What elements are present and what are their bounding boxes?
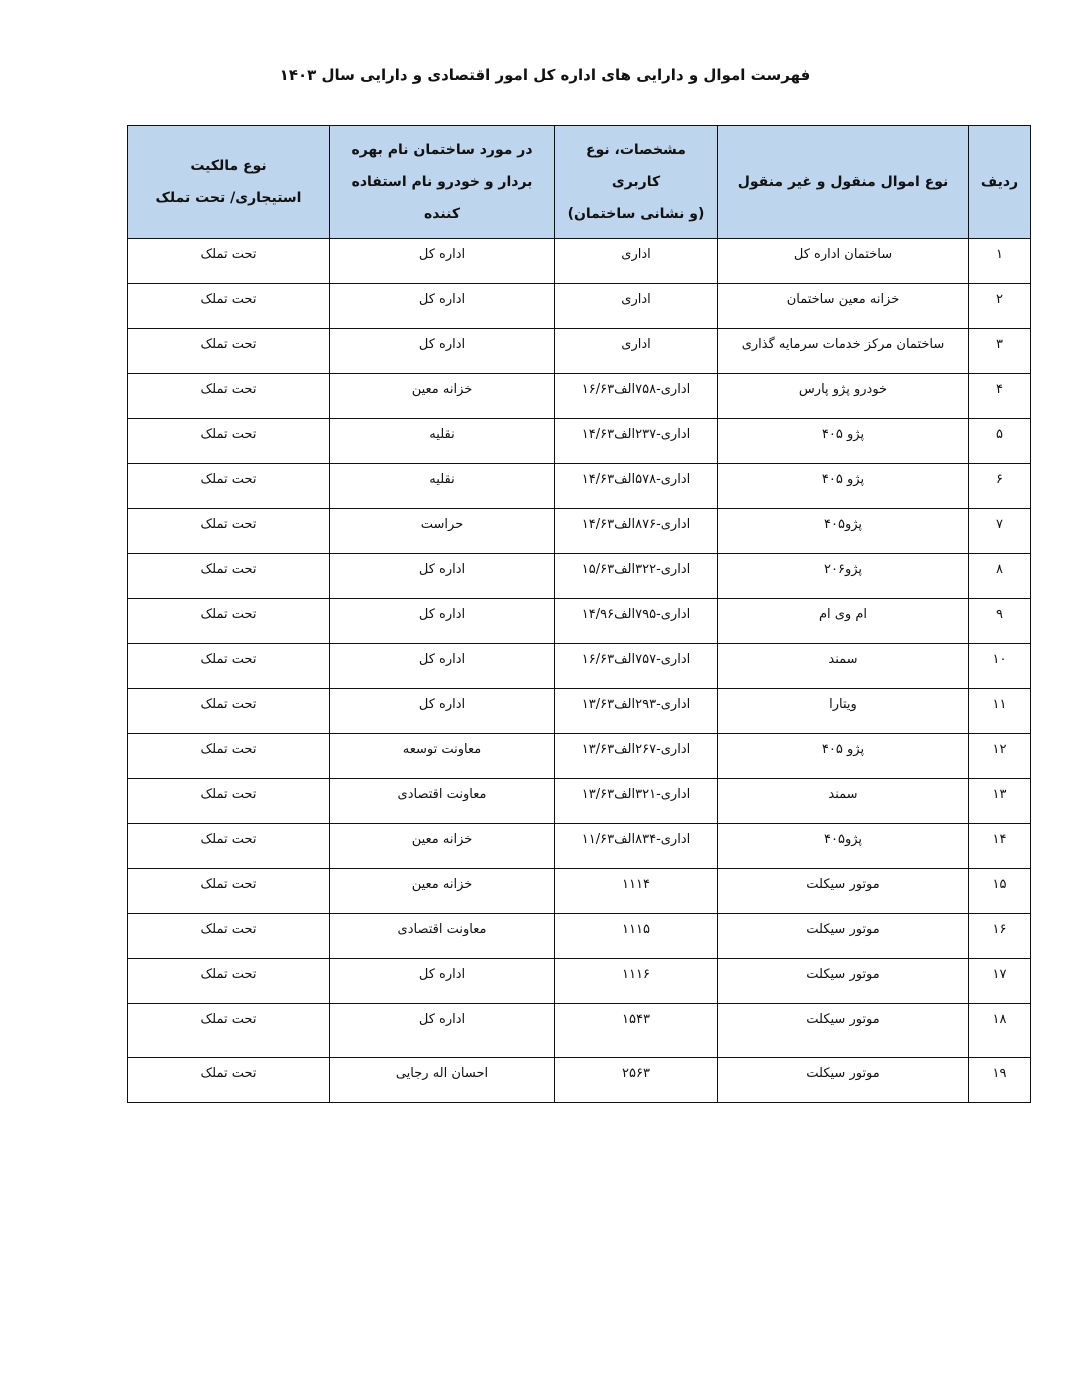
table-row: ۴خودرو پژو پارساداری-۷۵۸الف۱۶/۶۳خزانه مع… bbox=[128, 374, 1031, 419]
cell-index: ۱۸ bbox=[969, 1004, 1031, 1058]
cell-spec: ۱۱۱۴ bbox=[555, 869, 718, 914]
cell-ownership: تحت تملک bbox=[128, 374, 330, 419]
cell-index: ۳ bbox=[969, 329, 1031, 374]
header-spec: مشخصات، نوع کاربری (و نشانی ساختمان) bbox=[555, 126, 718, 239]
cell-ownership: تحت تملک bbox=[128, 284, 330, 329]
cell-user: معاونت اقتصادی bbox=[330, 779, 555, 824]
table-row: ۶پژو ۴۰۵اداری-۵۷۸الف۱۴/۶۳نقلیهتحت تملک bbox=[128, 464, 1031, 509]
table-row: ۷پژو۴۰۵اداری-۸۷۶الف۱۴/۶۳حراستتحت تملک bbox=[128, 509, 1031, 554]
cell-asset-type: پژو ۴۰۵ bbox=[718, 464, 969, 509]
table-row: ۹ام وی اماداری-۷۹۵الف۱۴/۹۶اداره کلتحت تم… bbox=[128, 599, 1031, 644]
cell-user: خزانه معین bbox=[330, 824, 555, 869]
cell-user: معاونت توسعه bbox=[330, 734, 555, 779]
cell-asset-type: موتور سیکلت bbox=[718, 959, 969, 1004]
header-spec-line: مشخصات، نوع bbox=[555, 134, 717, 166]
table-row: ۸پژو۲۰۶اداری-۳۲۲الف۱۵/۶۳اداره کلتحت تملک bbox=[128, 554, 1031, 599]
cell-spec: ۱۱۱۵ bbox=[555, 914, 718, 959]
cell-index: ۱۵ bbox=[969, 869, 1031, 914]
cell-asset-type: ویتارا bbox=[718, 689, 969, 734]
header-ownership: نوع مالکیت استیجاری/ تحت تملک bbox=[128, 126, 330, 239]
cell-ownership: تحت تملک bbox=[128, 1058, 330, 1103]
header-user: در مورد ساختمان نام بهره بردار و خودرو ن… bbox=[330, 126, 555, 239]
cell-asset-type: موتور سیکلت bbox=[718, 869, 969, 914]
cell-asset-type: ام وی ام bbox=[718, 599, 969, 644]
cell-ownership: تحت تملک bbox=[128, 509, 330, 554]
table-row: ۵پژو ۴۰۵اداری-۲۳۷الف۱۴/۶۳نقلیهتحت تملک bbox=[128, 419, 1031, 464]
cell-spec: اداری-۷۵۷الف۱۶/۶۳ bbox=[555, 644, 718, 689]
cell-ownership: تحت تملک bbox=[128, 419, 330, 464]
table-row: ۱۷موتور سیکلت۱۱۱۶اداره کلتحت تملک bbox=[128, 959, 1031, 1004]
cell-user: اداره کل bbox=[330, 689, 555, 734]
cell-index: ۵ bbox=[969, 419, 1031, 464]
table-row: ۱۲پژو ۴۰۵اداری-۲۶۷الف۱۳/۶۳معاونت توسعهتح… bbox=[128, 734, 1031, 779]
cell-index: ۱۰ bbox=[969, 644, 1031, 689]
cell-user: اداره کل bbox=[330, 554, 555, 599]
cell-user: خزانه معین bbox=[330, 869, 555, 914]
header-ownership-line: نوع مالکیت bbox=[128, 150, 329, 182]
cell-spec: اداری-۵۷۸الف۱۴/۶۳ bbox=[555, 464, 718, 509]
cell-index: ۱ bbox=[969, 239, 1031, 284]
cell-asset-type: پژو۲۰۶ bbox=[718, 554, 969, 599]
cell-ownership: تحت تملک bbox=[128, 914, 330, 959]
cell-spec: ۲۵۶۳ bbox=[555, 1058, 718, 1103]
cell-spec: اداری-۸۳۴الف۱۱/۶۳ bbox=[555, 824, 718, 869]
cell-ownership: تحت تملک bbox=[128, 734, 330, 779]
header-asset-type: نوع اموال منقول و غیر منقول bbox=[718, 126, 969, 239]
cell-user: احسان اله رجایی bbox=[330, 1058, 555, 1103]
cell-user: اداره کل bbox=[330, 959, 555, 1004]
table-row: ۲خزانه معین ساختماناداریاداره کلتحت تملک bbox=[128, 284, 1031, 329]
cell-ownership: تحت تملک bbox=[128, 779, 330, 824]
cell-spec: اداری-۲۶۷الف۱۳/۶۳ bbox=[555, 734, 718, 779]
cell-index: ۲ bbox=[969, 284, 1031, 329]
table-row: ۱ساختمان اداره کلاداریاداره کلتحت تملک bbox=[128, 239, 1031, 284]
cell-spec: اداری-۲۹۳الف۱۳/۶۳ bbox=[555, 689, 718, 734]
cell-ownership: تحت تملک bbox=[128, 464, 330, 509]
cell-index: ۶ bbox=[969, 464, 1031, 509]
header-user-line: کننده bbox=[330, 198, 554, 230]
header-asset-type-label: نوع اموال منقول و غیر منقول bbox=[738, 174, 949, 190]
cell-index: ۱۲ bbox=[969, 734, 1031, 779]
table-row: ۱۱ویتارااداری-۲۹۳الف۱۳/۶۳اداره کلتحت تمل… bbox=[128, 689, 1031, 734]
cell-user: خزانه معین bbox=[330, 374, 555, 419]
cell-spec: اداری-۷۹۵الف۱۴/۹۶ bbox=[555, 599, 718, 644]
cell-user: معاونت اقتصادی bbox=[330, 914, 555, 959]
cell-ownership: تحت تملک bbox=[128, 239, 330, 284]
cell-ownership: تحت تملک bbox=[128, 959, 330, 1004]
header-spec-line: کاربری bbox=[555, 166, 717, 198]
cell-asset-type: موتور سیکلت bbox=[718, 914, 969, 959]
cell-asset-type: پژو۴۰۵ bbox=[718, 509, 969, 554]
cell-user: اداره کل bbox=[330, 329, 555, 374]
cell-spec: اداری-۳۲۲الف۱۵/۶۳ bbox=[555, 554, 718, 599]
cell-index: ۱۱ bbox=[969, 689, 1031, 734]
cell-asset-type: پژو ۴۰۵ bbox=[718, 734, 969, 779]
header-index: ردیف bbox=[969, 126, 1031, 239]
header-ownership-line: استیجاری/ تحت تملک bbox=[128, 182, 329, 214]
cell-index: ۷ bbox=[969, 509, 1031, 554]
cell-ownership: تحت تملک bbox=[128, 1004, 330, 1058]
cell-index: ۱۳ bbox=[969, 779, 1031, 824]
cell-user: اداره کل bbox=[330, 239, 555, 284]
cell-asset-type: موتور سیکلت bbox=[718, 1004, 969, 1058]
cell-asset-type: خودرو پژو پارس bbox=[718, 374, 969, 419]
cell-user: نقلیه bbox=[330, 419, 555, 464]
cell-asset-type: ساختمان مرکز خدمات سرمایه گذاری bbox=[718, 329, 969, 374]
cell-asset-type: موتور سیکلت bbox=[718, 1058, 969, 1103]
cell-spec: اداری-۸۷۶الف۱۴/۶۳ bbox=[555, 509, 718, 554]
table-body: ۱ساختمان اداره کلاداریاداره کلتحت تملک۲خ… bbox=[128, 239, 1031, 1103]
cell-asset-type: ساختمان اداره کل bbox=[718, 239, 969, 284]
cell-spec: اداری bbox=[555, 239, 718, 284]
cell-index: ۸ bbox=[969, 554, 1031, 599]
cell-user: اداره کل bbox=[330, 1004, 555, 1058]
cell-index: ۱۷ bbox=[969, 959, 1031, 1004]
cell-spec: اداری-۳۲۱الف۱۳/۶۳ bbox=[555, 779, 718, 824]
cell-ownership: تحت تملک bbox=[128, 824, 330, 869]
cell-index: ۱۹ bbox=[969, 1058, 1031, 1103]
cell-asset-type: پژو۴۰۵ bbox=[718, 824, 969, 869]
cell-user: حراست bbox=[330, 509, 555, 554]
cell-ownership: تحت تملک bbox=[128, 554, 330, 599]
cell-ownership: تحت تملک bbox=[128, 599, 330, 644]
cell-asset-type: خزانه معین ساختمان bbox=[718, 284, 969, 329]
table-row: ۱۹موتور سیکلت۲۵۶۳احسان اله رجاییتحت تملک bbox=[128, 1058, 1031, 1103]
header-user-line: در مورد ساختمان نام بهره bbox=[330, 134, 554, 166]
cell-spec: ۱۱۱۶ bbox=[555, 959, 718, 1004]
cell-spec: ۱۵۴۳ bbox=[555, 1004, 718, 1058]
cell-index: ۱۴ bbox=[969, 824, 1031, 869]
cell-ownership: تحت تملک bbox=[128, 869, 330, 914]
cell-ownership: تحت تملک bbox=[128, 644, 330, 689]
table-row: ۱۶موتور سیکلت۱۱۱۵معاونت اقتصادیتحت تملک bbox=[128, 914, 1031, 959]
cell-user: اداره کل bbox=[330, 284, 555, 329]
assets-table: ردیف نوع اموال منقول و غیر منقول مشخصات،… bbox=[127, 125, 1031, 1103]
table-row: ۱۰سمنداداری-۷۵۷الف۱۶/۶۳اداره کلتحت تملک bbox=[128, 644, 1031, 689]
cell-asset-type: پژو ۴۰۵ bbox=[718, 419, 969, 464]
cell-index: ۹ bbox=[969, 599, 1031, 644]
cell-index: ۱۶ bbox=[969, 914, 1031, 959]
cell-ownership: تحت تملک bbox=[128, 689, 330, 734]
table-header-row: ردیف نوع اموال منقول و غیر منقول مشخصات،… bbox=[128, 126, 1031, 239]
header-user-line: بردار و خودرو نام استفاده bbox=[330, 166, 554, 198]
header-index-label: ردیف bbox=[981, 174, 1018, 190]
cell-spec: اداری bbox=[555, 329, 718, 374]
cell-ownership: تحت تملک bbox=[128, 329, 330, 374]
cell-user: اداره کل bbox=[330, 644, 555, 689]
table-row: ۱۳سمنداداری-۳۲۱الف۱۳/۶۳معاونت اقتصادیتحت… bbox=[128, 779, 1031, 824]
cell-index: ۴ bbox=[969, 374, 1031, 419]
cell-user: اداره کل bbox=[330, 599, 555, 644]
cell-asset-type: سمند bbox=[718, 644, 969, 689]
cell-spec: اداری-۲۳۷الف۱۴/۶۳ bbox=[555, 419, 718, 464]
cell-spec: اداری-۷۵۸الف۱۶/۶۳ bbox=[555, 374, 718, 419]
cell-spec: اداری bbox=[555, 284, 718, 329]
cell-user: نقلیه bbox=[330, 464, 555, 509]
cell-asset-type: سمند bbox=[718, 779, 969, 824]
table-row: ۱۸موتور سیکلت۱۵۴۳اداره کلتحت تملک bbox=[128, 1004, 1031, 1058]
header-spec-line: (و نشانی ساختمان) bbox=[555, 198, 717, 230]
page-title-text: فهرست اموال و دارایی های اداره کل امور ا… bbox=[280, 66, 811, 84]
table-row: ۱۵موتور سیکلت۱۱۱۴خزانه معینتحت تملک bbox=[128, 869, 1031, 914]
table-row: ۱۴پژو۴۰۵اداری-۸۳۴الف۱۱/۶۳خزانه معینتحت ت… bbox=[128, 824, 1031, 869]
page-title: فهرست اموال و دارایی های اداره کل امور ا… bbox=[0, 66, 1082, 84]
table-row: ۳ساختمان مرکز خدمات سرمایه گذاریاداریادا… bbox=[128, 329, 1031, 374]
